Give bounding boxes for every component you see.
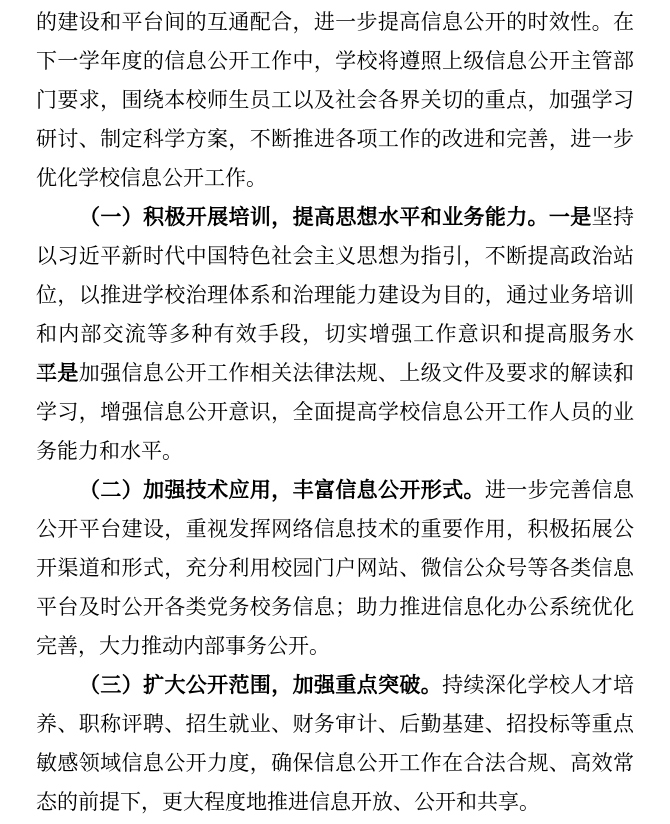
bold-text-run: （三）扩大公开范围，加强重点突破。	[79, 673, 442, 697]
text-line: 以习近平新时代中国特色社会主义思想为指引，不断提高政治站	[36, 237, 634, 276]
text-line: 位，以推进学校治理体系和治理能力建设为目的，通过业务培训	[36, 276, 634, 315]
bold-text-run: （一）积极开展培训，提高思想水平和业务能力。一是	[79, 205, 592, 229]
text-line: 公开平台建设，重视发挥网络信息技术的重要作用，积极拓展公	[36, 510, 634, 549]
text-run: 态的前提下，更大程度地推进信息开放、公开和共享。	[36, 790, 540, 814]
text-run: 完善，大力推动内部事务公开。	[36, 634, 330, 658]
text-run: 进一步完善信息	[485, 478, 634, 502]
bold-text-run: （二）加强技术应用，丰富信息公开形式。	[79, 478, 485, 502]
text-line: 优化学校信息公开工作。	[36, 159, 634, 198]
text-line: （二）加强技术应用，丰富信息公开形式。进一步完善信息	[36, 471, 634, 510]
text-line: 二是加强信息公开工作相关法律法规、上级文件及要求的解读和	[36, 354, 634, 393]
text-run: 养、职称评聘、招生就业、财务审计、后勤基建、招投标等重点	[36, 712, 634, 736]
text-line: 态的前提下，更大程度地推进信息开放、公开和共享。	[36, 783, 634, 822]
text-line: 养、职称评聘、招生就业、财务审计、后勤基建、招投标等重点	[36, 705, 634, 744]
text-line: （三）扩大公开范围，加强重点突破。持续深化学校人才培	[36, 666, 634, 705]
text-line: （一）积极开展培训，提高思想水平和业务能力。一是坚持	[36, 198, 634, 237]
text-line: 研讨、制定科学方案，不断推进各项工作的改进和完善，进一步	[36, 120, 634, 159]
paragraph: （三）扩大公开范围，加强重点突破。持续深化学校人才培养、职称评聘、招生就业、财务…	[36, 666, 634, 822]
text-run: 公开平台建设，重视发挥网络信息技术的重要作用，积极拓展公	[36, 517, 634, 541]
text-line: 的建设和平台间的互通配合，进一步提高信息公开的时效性。在	[36, 3, 634, 42]
text-run: 平台及时公开各类党务校务信息；助力推进信息化办公系统优化	[36, 595, 634, 619]
paragraph: 的建设和平台间的互通配合，进一步提高信息公开的时效性。在下一学年度的信息公开工作…	[36, 3, 634, 198]
text-line: 平台及时公开各类党务校务信息；助力推进信息化办公系统优化	[36, 588, 634, 627]
text-line: 下一学年度的信息公开工作中，学校将遵照上级信息公开主管部	[36, 42, 634, 81]
text-line: 完善，大力推动内部事务公开。	[36, 627, 634, 666]
text-run: 敏感领域信息公开力度，确保信息公开工作在合法合规、高效常	[36, 751, 634, 775]
text-run: 持续深化学校人才培	[442, 673, 634, 697]
text-run: 坚持	[592, 205, 634, 229]
text-run: 加强信息公开工作相关法律法规、上级文件及要求的解读和	[79, 361, 634, 385]
text-run: 以习近平新时代中国特色社会主义思想为指引，不断提高政治站	[36, 244, 634, 268]
text-run: 务能力和水平。	[36, 439, 183, 463]
text-run: 优化学校信息公开工作。	[36, 166, 267, 190]
text-run: 学习，增强信息公开意识，全面提高学校信息公开工作人员的业	[36, 400, 634, 424]
bold-text-run: 二是	[36, 361, 79, 385]
paragraph: （二）加强技术应用，丰富信息公开形式。进一步完善信息公开平台建设，重视发挥网络信…	[36, 471, 634, 666]
text-run: 开渠道和形式，充分利用校园门户网站、微信公众号等各类信息	[36, 556, 634, 580]
text-line: 务能力和水平。	[36, 432, 634, 471]
text-line: 学习，增强信息公开意识，全面提高学校信息公开工作人员的业	[36, 393, 634, 432]
text-line: 和内部交流等多种有效手段，切实增强工作意识和提高服务水平；	[36, 315, 634, 354]
text-run: 位，以推进学校治理体系和治理能力建设为目的，通过业务培训	[36, 283, 634, 307]
text-run: 下一学年度的信息公开工作中，学校将遵照上级信息公开主管部	[36, 49, 634, 73]
document-page: 的建设和平台间的互通配合，进一步提高信息公开的时效性。在下一学年度的信息公开工作…	[0, 0, 670, 824]
text-line: 开渠道和形式，充分利用校园门户网站、微信公众号等各类信息	[36, 549, 634, 588]
text-line: 敏感领域信息公开力度，确保信息公开工作在合法合规、高效常	[36, 744, 634, 783]
text-run: 研讨、制定科学方案，不断推进各项工作的改进和完善，进一步	[36, 127, 634, 151]
text-run: 的建设和平台间的互通配合，进一步提高信息公开的时效性。在	[36, 10, 634, 34]
paragraph: （一）积极开展培训，提高思想水平和业务能力。一是坚持以习近平新时代中国特色社会主…	[36, 198, 634, 471]
text-run: 门要求，围绕本校师生员工以及社会各界关切的重点，加强学习	[36, 88, 634, 112]
text-line: 门要求，围绕本校师生员工以及社会各界关切的重点，加强学习	[36, 81, 634, 120]
